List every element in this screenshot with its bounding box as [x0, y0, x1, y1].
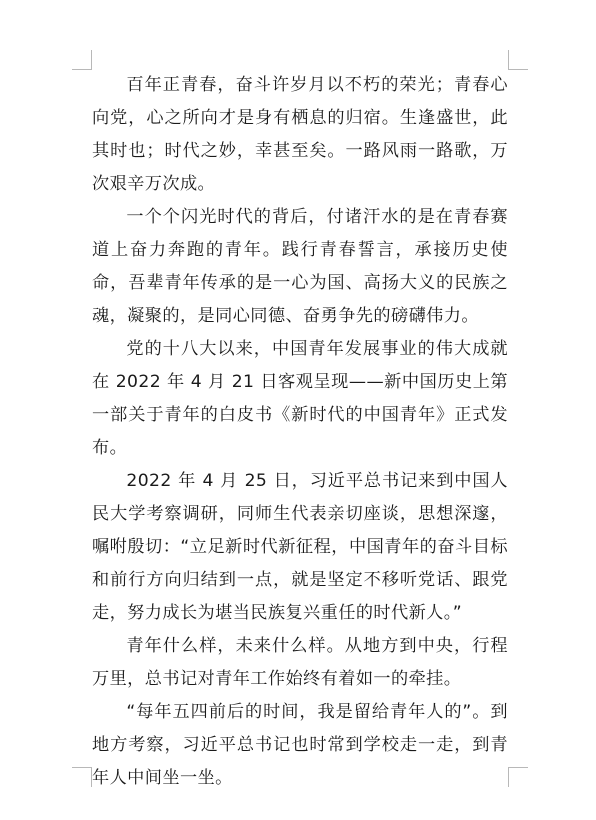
margin-corner-mark-bottom-left	[72, 767, 92, 787]
paragraph: 2022 年 4 月 25 日，习近平总书记来到中国人民大学考察调研，同师生代表…	[92, 465, 508, 630]
paragraph: “每年五四前后的时间，我是留给青年人的”。到地方考察，习近平总书记也时常到学校走…	[92, 696, 508, 795]
margin-corner-mark-top-right	[508, 50, 528, 70]
margin-corner-mark-top-left	[72, 50, 92, 70]
document-page: 百年正青春，奋斗许岁月以不朽的荣光；青春心向党，心之所向才是身有栖息的归宿。生逢…	[0, 0, 596, 820]
margin-corner-mark-bottom-right	[508, 767, 528, 787]
paragraph: 青年什么样，未来什么样。从地方到中央，行程万里，总书记对青年工作始终有着如一的牵…	[92, 630, 508, 696]
paragraph: 百年正青春，奋斗许岁月以不朽的荣光；青春心向党，心之所向才是身有栖息的归宿。生逢…	[92, 69, 508, 201]
paragraph: 一个个闪光时代的背后，付诸汗水的是在青春赛道上奋力奔跑的青年。践行青春誓言，承接…	[92, 201, 508, 333]
paragraph: 党的十八大以来，中国青年发展事业的伟大成就在 2022 年 4 月 21 日客观…	[92, 333, 508, 465]
document-body[interactable]: 百年正青春，奋斗许岁月以不朽的荣光；青春心向党，心之所向才是身有栖息的归宿。生逢…	[92, 69, 508, 795]
